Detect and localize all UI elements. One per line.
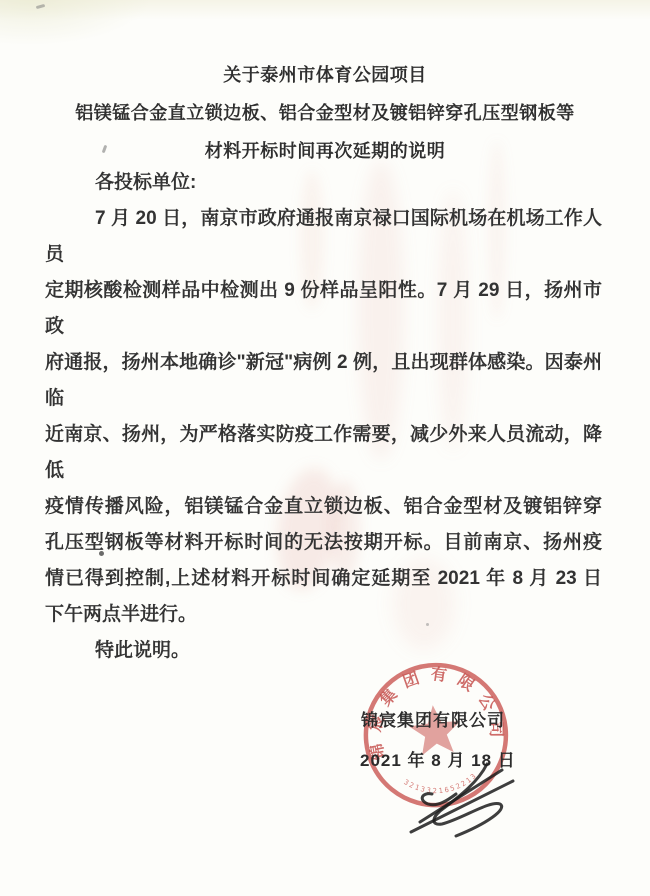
scanned-notice-page: 关于泰州市体育公园项目 铝镁锰合金直立锁边板、铝合金型材及镀铝锌穿孔压型钢板等 … (0, 0, 650, 896)
company-name: 锦宸集团有限公司 (361, 706, 505, 731)
body-line: 定期核酸检测样品中检测出 9 份样品呈阳性。7 月 29 日，扬州市政 (45, 273, 602, 345)
body-line: 府通报，扬州本地确诊"新冠"病例 2 例，且出现群体感染。因泰州临 (45, 345, 602, 417)
title-line-2: 铝镁锰合金直立锁边板、铝合金型材及镀铝锌穿孔压型钢板等 (40, 94, 610, 132)
handwritten-signature (398, 756, 523, 846)
closing-line: 特此说明。 (45, 633, 602, 669)
body-line: 7 月 20 日，南京市政府通报南京禄口国际机场在机场工作人员 (45, 201, 602, 273)
body-line: 下午两点半进行。 (45, 597, 602, 633)
scan-corner-tint (0, 0, 150, 46)
body-line: 情已得到控制,上述材料开标时间确定延期至 2021 年 8 月 23 日 (45, 561, 602, 597)
body-line: 疫情传播风险，铝镁锰合金直立锁边板、铝合金型材及镀铝锌穿 (45, 489, 602, 525)
title-line-1: 关于泰州市体育公园项目 (40, 56, 610, 94)
body-line: 孔压型钢板等材料开标时间的无法按期开标。目前南京、扬州疫 (45, 525, 602, 561)
salutation: 各投标单位: (45, 165, 602, 201)
body-line: 近南京、扬州，为严格落实防疫工作需要，减少外来人员流动，降低 (45, 417, 602, 489)
document-body: 各投标单位: 7 月 20 日，南京市政府通报南京禄口国际机场在机场工作人员 定… (45, 165, 602, 669)
document-title: 关于泰州市体育公园项目 铝镁锰合金直立锁边板、铝合金型材及镀铝锌穿孔压型钢板等 … (40, 56, 610, 170)
